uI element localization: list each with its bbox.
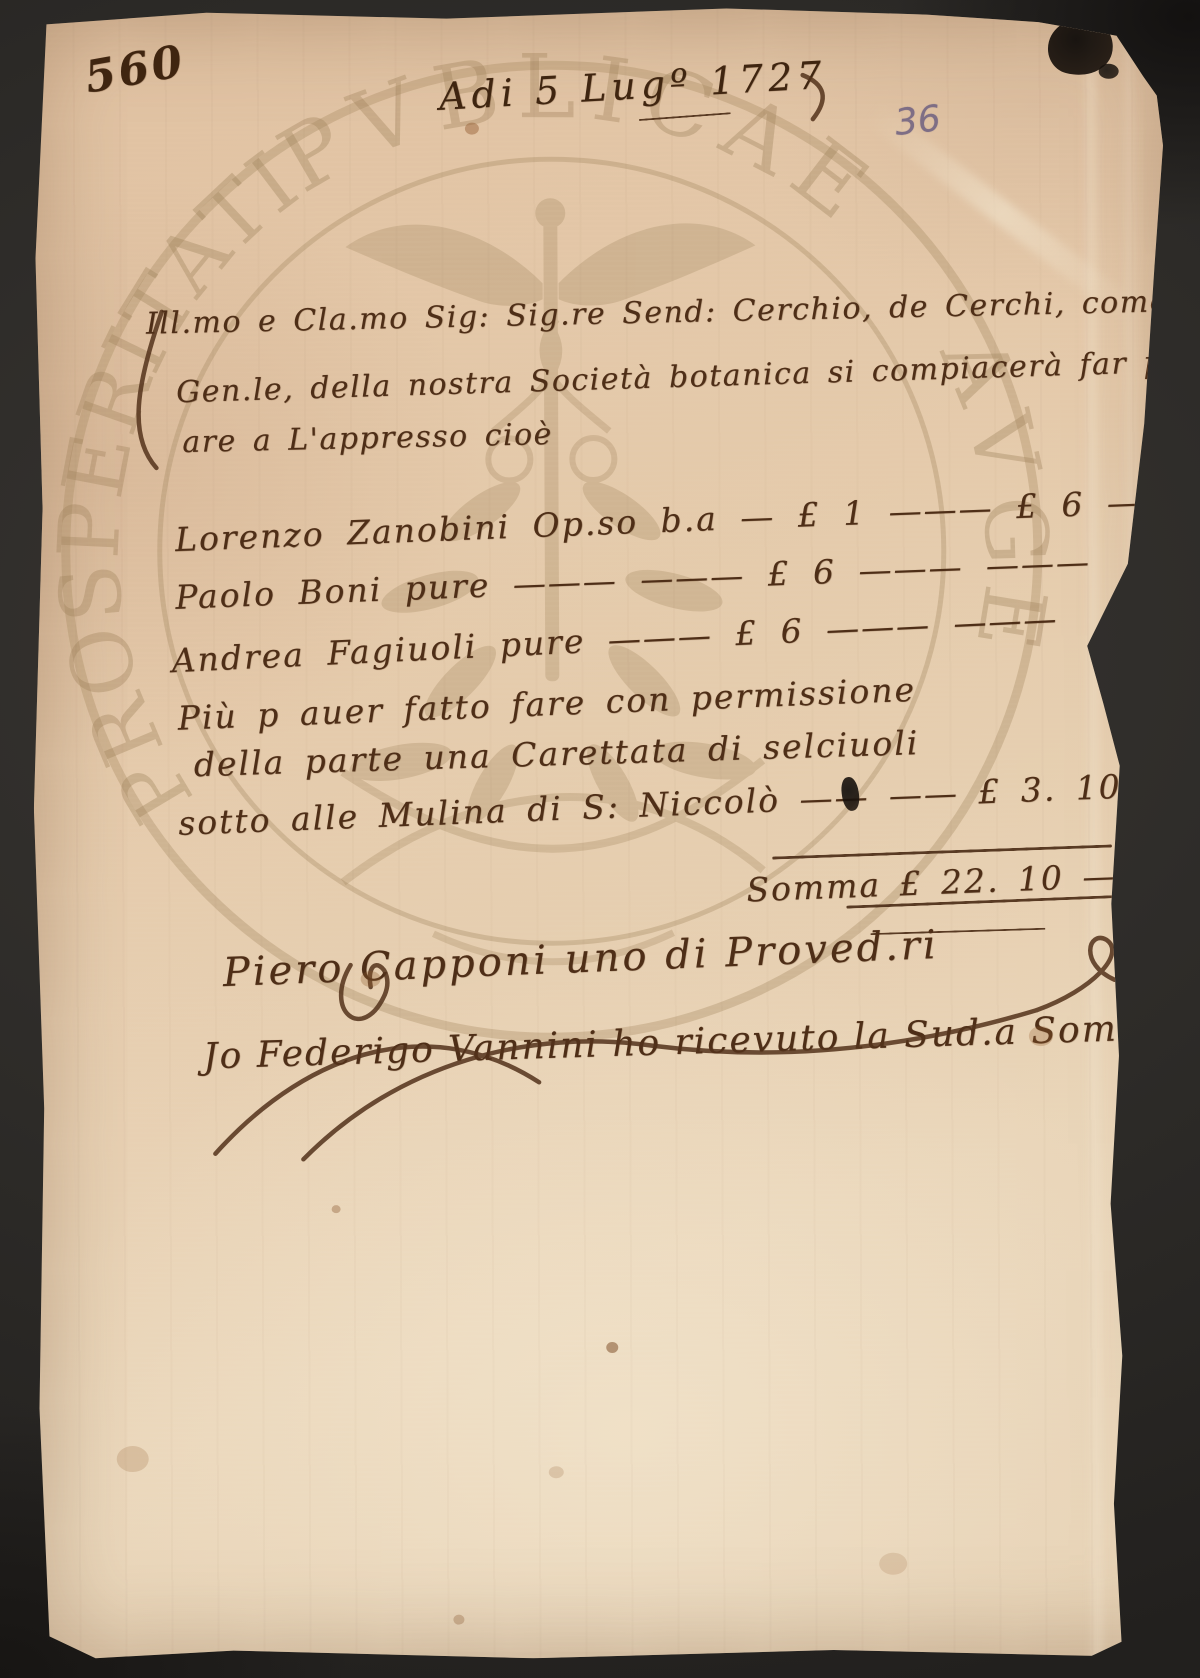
archive-number: 36 bbox=[893, 98, 943, 144]
stain bbox=[606, 1342, 618, 1353]
stain bbox=[465, 123, 479, 135]
stain bbox=[361, 971, 381, 987]
stain bbox=[117, 1446, 149, 1472]
photo-backdrop: PROSPERITATI PVBLICAE AVGE bbox=[0, 0, 1200, 1678]
manuscript-paper: PROSPERITATI PVBLICAE AVGE bbox=[26, 4, 1179, 1665]
stain bbox=[1029, 1026, 1053, 1046]
stain bbox=[453, 1615, 464, 1625]
stain bbox=[332, 1205, 341, 1213]
stain bbox=[549, 1466, 564, 1478]
stain bbox=[879, 1553, 907, 1575]
ink-blot bbox=[1099, 64, 1119, 79]
